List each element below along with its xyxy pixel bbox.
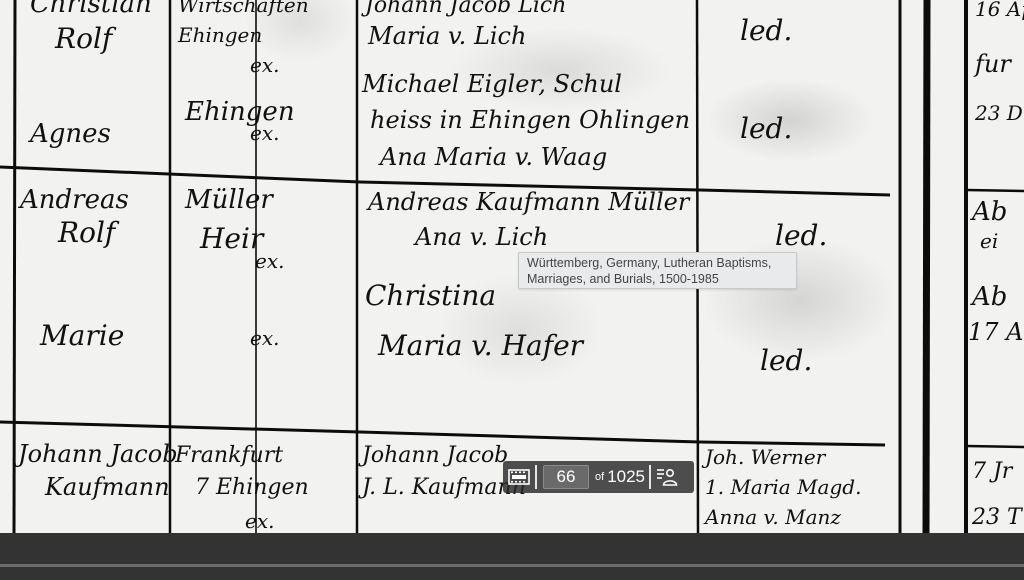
svg-text:23 D: 23 D <box>974 101 1023 125</box>
svg-text:7 Ehingen: 7 Ehingen <box>195 475 309 500</box>
svg-text:Marie: Marie <box>39 319 124 352</box>
svg-text:Wirtschaften: Wirtschaften <box>178 0 309 17</box>
svg-text:ex.: ex. <box>245 509 274 533</box>
svg-text:Joh. Werner: Joh. Werner <box>701 445 827 469</box>
svg-text:ex.: ex. <box>250 53 279 77</box>
svg-text:Christina: Christina <box>365 279 496 312</box>
svg-text:led.: led. <box>775 219 827 252</box>
person-list-icon <box>656 467 678 487</box>
svg-text:Kaufmann: Kaufmann <box>44 473 170 501</box>
svg-text:Anna v. Manz: Anna v. Manz <box>703 505 841 529</box>
filmstrip-icon <box>508 469 530 485</box>
svg-text:Ab: Ab <box>970 197 1007 227</box>
svg-text:heiss in Ehingen Ohlingen: heiss in Ehingen Ohlingen <box>370 106 690 134</box>
svg-text:Andreas Kaufmann Müller: Andreas Kaufmann Müller <box>366 188 691 216</box>
svg-text:ex.: ex. <box>250 326 279 350</box>
svg-text:Maria v. Lich: Maria v. Lich <box>367 22 526 50</box>
svg-text:Ab: Ab <box>970 282 1007 312</box>
toolbar-divider <box>535 465 537 489</box>
filmstrip-button[interactable] <box>503 461 535 493</box>
image-index-button[interactable] <box>651 461 683 493</box>
panel-resize-handle[interactable] <box>0 564 1024 567</box>
svg-text:16 Ap: 16 Ap <box>975 0 1024 21</box>
svg-text:Ana Maria v. Waag: Ana Maria v. Waag <box>378 143 607 171</box>
tooltip-line-1: Württemberg, Germany, Lutheran Baptisms, <box>527 255 788 271</box>
record-image: Christian Rolf Agnes Andreas Rolf Marie … <box>0 0 1024 533</box>
svg-text:Maria v. Hafer: Maria v. Hafer <box>377 329 585 362</box>
page-number-input[interactable] <box>543 465 589 489</box>
svg-text:Agnes: Agnes <box>28 119 111 149</box>
page-total: 1025 <box>607 467 645 487</box>
svg-text:led.: led. <box>740 14 792 47</box>
svg-text:23 T: 23 T <box>971 505 1024 530</box>
svg-text:17 Ab: 17 Ab <box>968 318 1024 346</box>
svg-text:ei: ei <box>980 229 998 253</box>
svg-text:1. Maria Magd.: 1. Maria Magd. <box>705 475 861 499</box>
svg-text:fur: fur <box>973 50 1012 78</box>
svg-text:Johann Jacob: Johann Jacob <box>13 440 178 468</box>
svg-text:Müller: Müller <box>184 185 274 215</box>
svg-text:ex.: ex. <box>250 121 279 145</box>
bottom-panel-bar <box>0 533 1024 580</box>
tooltip-line-2: Marriages, and Burials, 1500-1985 <box>527 271 788 287</box>
svg-text:ex.: ex. <box>255 249 284 273</box>
page-navigation-toolbar: of 1025 <box>503 461 694 493</box>
svg-text:led.: led. <box>760 344 812 377</box>
svg-text:Frankfurt: Frankfurt <box>174 443 283 468</box>
page-of-label: of <box>595 471 604 483</box>
record-image-viewer[interactable]: Christian Rolf Agnes Andreas Rolf Marie … <box>0 0 1024 533</box>
svg-text:Rolf: Rolf <box>54 22 117 55</box>
svg-text:J. L. Kaufmann: J. L. Kaufmann <box>358 475 526 500</box>
svg-text:Andreas: Andreas <box>18 185 129 215</box>
svg-text:Johann Jacob: Johann Jacob <box>358 443 508 468</box>
svg-text:Ana v. Lich: Ana v. Lich <box>413 223 548 251</box>
svg-text:Michael Eigler, Schul: Michael Eigler, Schul <box>361 70 622 98</box>
svg-text:7 Jr: 7 Jr <box>972 459 1014 484</box>
svg-text:led.: led. <box>740 112 792 145</box>
svg-text:Johann Jacob Lich: Johann Jacob Lich <box>361 0 566 18</box>
collection-tooltip: Württemberg, Germany, Lutheran Baptisms,… <box>518 252 797 289</box>
svg-text:Rolf: Rolf <box>57 216 120 249</box>
svg-text:Ehingen: Ehingen <box>177 23 262 47</box>
svg-text:Christian: Christian <box>30 0 152 19</box>
